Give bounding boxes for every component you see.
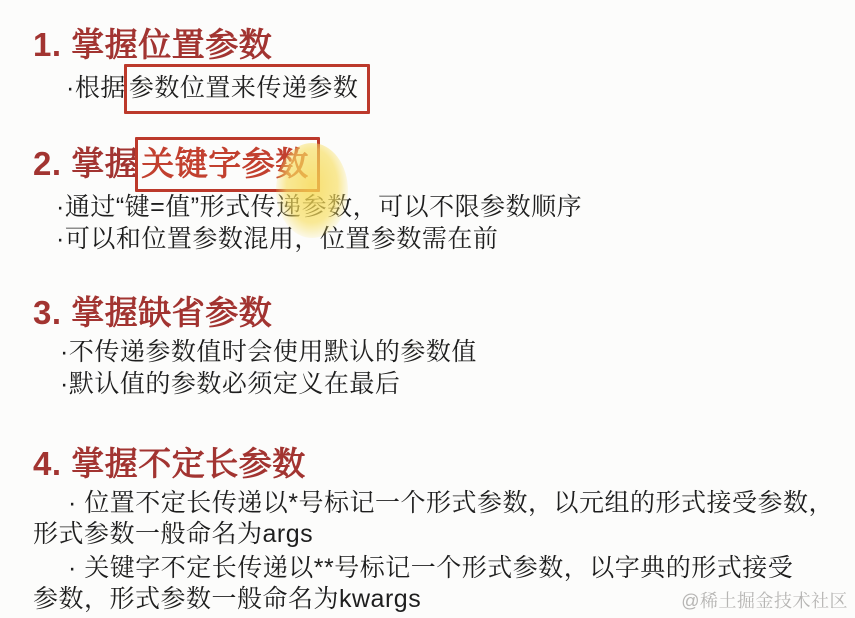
section-4-heading: 4. 掌握不定长参数 bbox=[33, 445, 306, 483]
section-4-bullet-2-line-2: 参数，形式参数一般命名为kwargs bbox=[33, 585, 421, 614]
watermark: @稀土掘金技术社区 bbox=[681, 587, 848, 613]
section-3-heading: 3. 掌握缺省参数 bbox=[33, 294, 272, 332]
red-annotation-box: 参数位置来传递参数 bbox=[124, 64, 371, 114]
section-2-heading: 2. 掌握关键字参数 bbox=[33, 142, 312, 186]
section-1-bullet-1: ·根据参数位置来传递参数 bbox=[66, 71, 361, 106]
section-2-bullet-1: ·通过“键=值”形式传递参数，可以不限参数顺序 bbox=[56, 193, 582, 222]
section-2-bullet-2: ·可以和位置参数混用，位置参数需在前 bbox=[56, 225, 498, 254]
section-1-heading: 1. 掌握位置参数 bbox=[33, 26, 272, 64]
section-4-bullet-1-line-2: 形式参数一般命名为args bbox=[33, 520, 313, 549]
bullet-text-prefix: ·根据 bbox=[66, 74, 126, 102]
section-3-bullet-1: ·不传递参数值时会使用默认的参数值 bbox=[60, 338, 477, 367]
section-4-bullet-2-line-1: · 关键字不定长传递以**号标记一个形式参数，以字典的形式接受 bbox=[68, 554, 793, 583]
section-3-bullet-2: ·默认值的参数必须定义在最后 bbox=[60, 370, 400, 399]
slide-page: 1. 掌握位置参数 ·根据参数位置来传递参数 2. 掌握关键字参数 ·通过“键=… bbox=[0, 0, 855, 618]
heading-text-prefix: 2. 掌握 bbox=[33, 145, 138, 182]
red-annotation-box: 关键字参数 bbox=[135, 137, 320, 192]
section-4-bullet-1-line-1: · 位置不定长传递以*号标记一个形式参数，以元组的形式接受参数， bbox=[68, 489, 834, 518]
